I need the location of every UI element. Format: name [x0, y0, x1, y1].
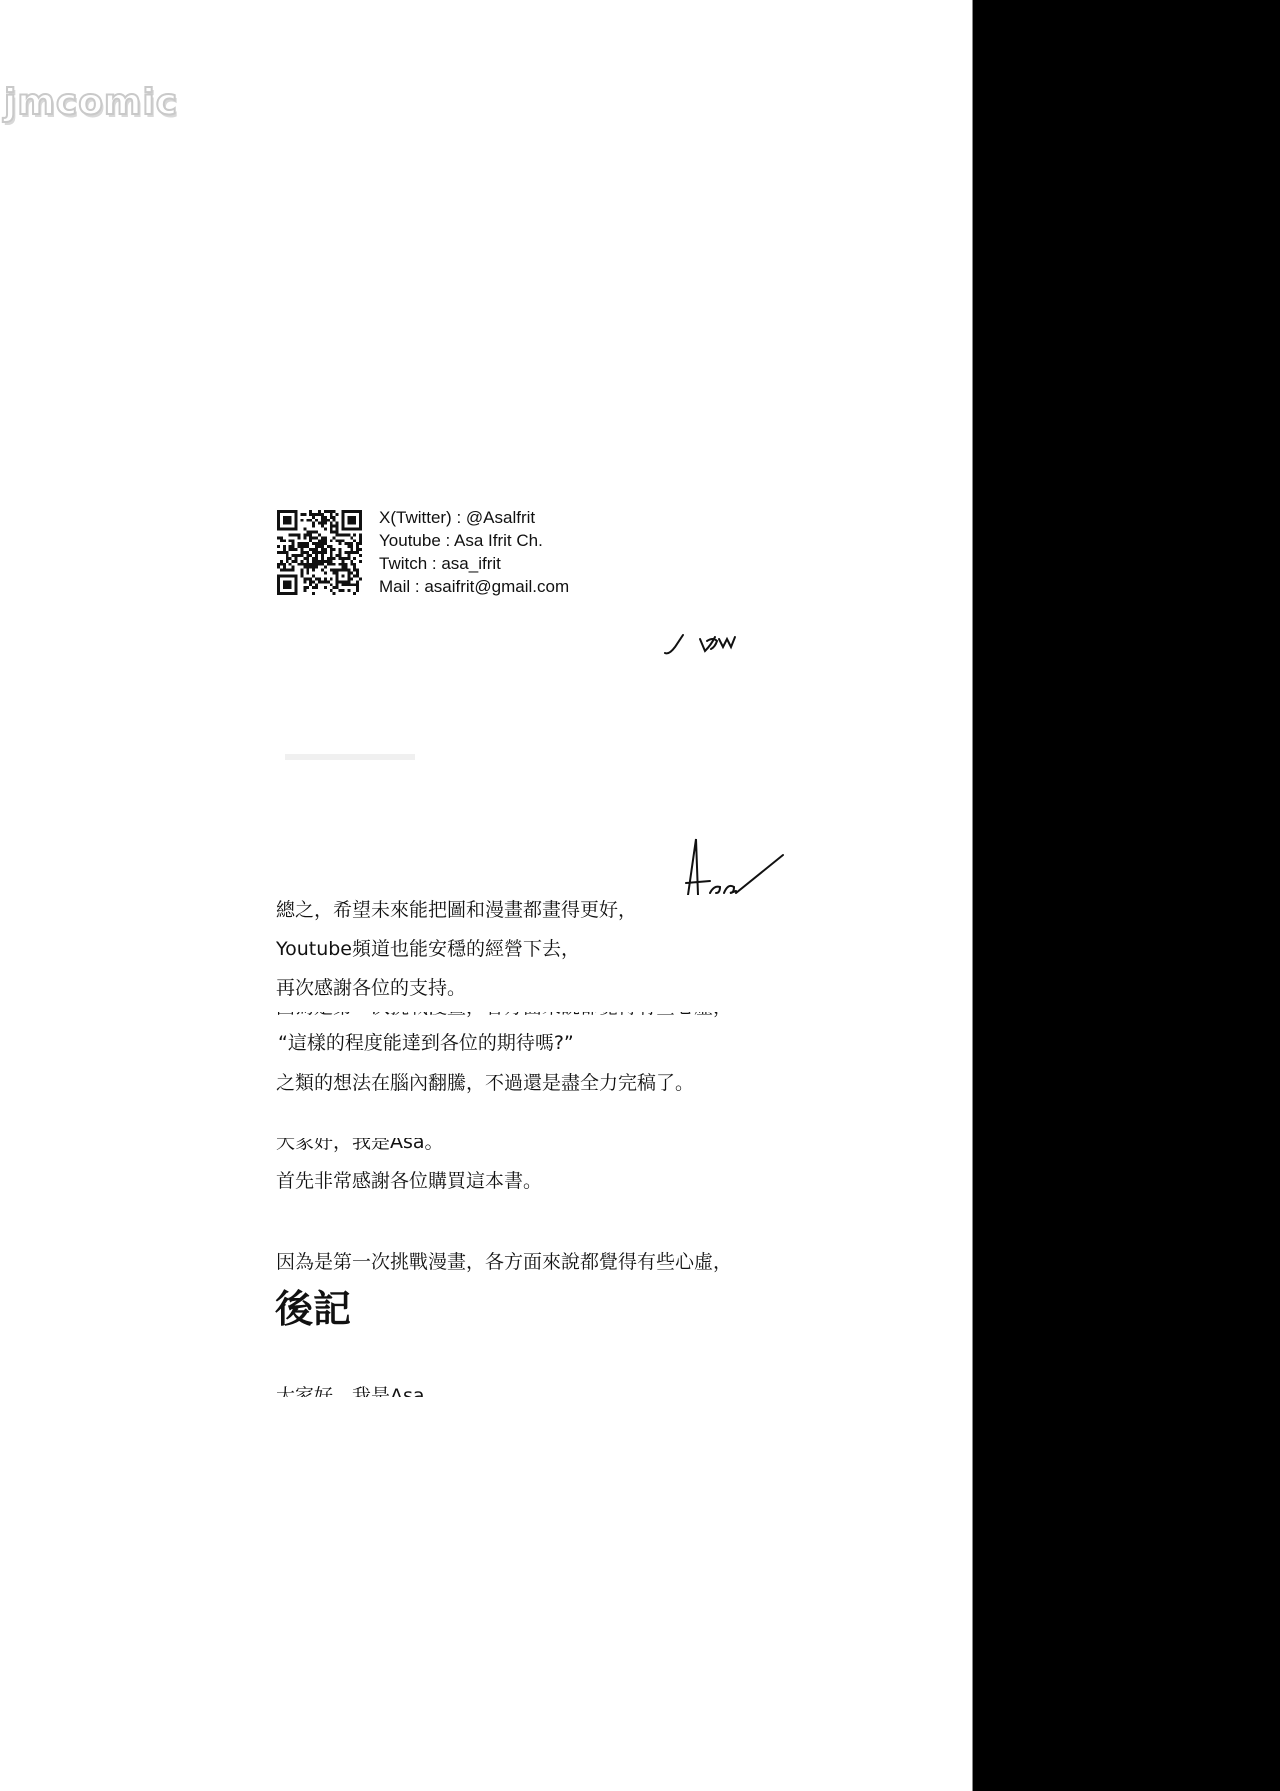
middle-line-2: 之類的想法在腦內翻騰，不過還是盡全力完稿了。: [276, 1071, 694, 1095]
watermark-text: jmcomic: [4, 82, 178, 123]
afterword-title: 後記: [275, 1286, 351, 1332]
qr-code-icon: [277, 510, 362, 595]
jmcomic-watermark: jmcomic: [4, 80, 178, 126]
contact-twitter: X(Twitter) : @Asalfrit: [379, 507, 535, 529]
thanks-line: 首先非常感謝各位購買這本書。: [276, 1169, 542, 1193]
signature-icon: [680, 835, 790, 895]
middle-line-1: “這樣的程度能達到各位的期待嗎?”: [278, 1031, 574, 1055]
challenge-line: 因為是第一次挑戰漫畫，各方面來說都覺得有些心虛，: [276, 1250, 732, 1274]
black-panel: [972, 0, 1280, 1791]
closing-line-2: Youtube頻道也能安穩的經營下去，: [276, 937, 580, 961]
faint-strip: [285, 754, 415, 760]
cut-text-strip: 因為是第一次挑戰漫畫，各方面來說都覺得有些心虛，: [276, 1012, 816, 1019]
contact-mail: Mail : asaifrit@gmail.com: [379, 576, 569, 598]
greeting-cut: 大家好，我是Asa。: [276, 1138, 576, 1154]
signature-fragment-icon: [655, 625, 755, 660]
closing-line-3: 再次感謝各位的支持。: [276, 976, 466, 1000]
contact-youtube: Youtube : Asa Ifrit Ch.: [379, 530, 543, 552]
greeting-bottom-cut: 大家好，我是Asa。: [276, 1386, 576, 1397]
closing-line-1: 總之，希望未來能把圖和漫畫都畫得更好，: [276, 898, 637, 922]
contact-twitch: Twitch : asa_ifrit: [379, 553, 501, 575]
